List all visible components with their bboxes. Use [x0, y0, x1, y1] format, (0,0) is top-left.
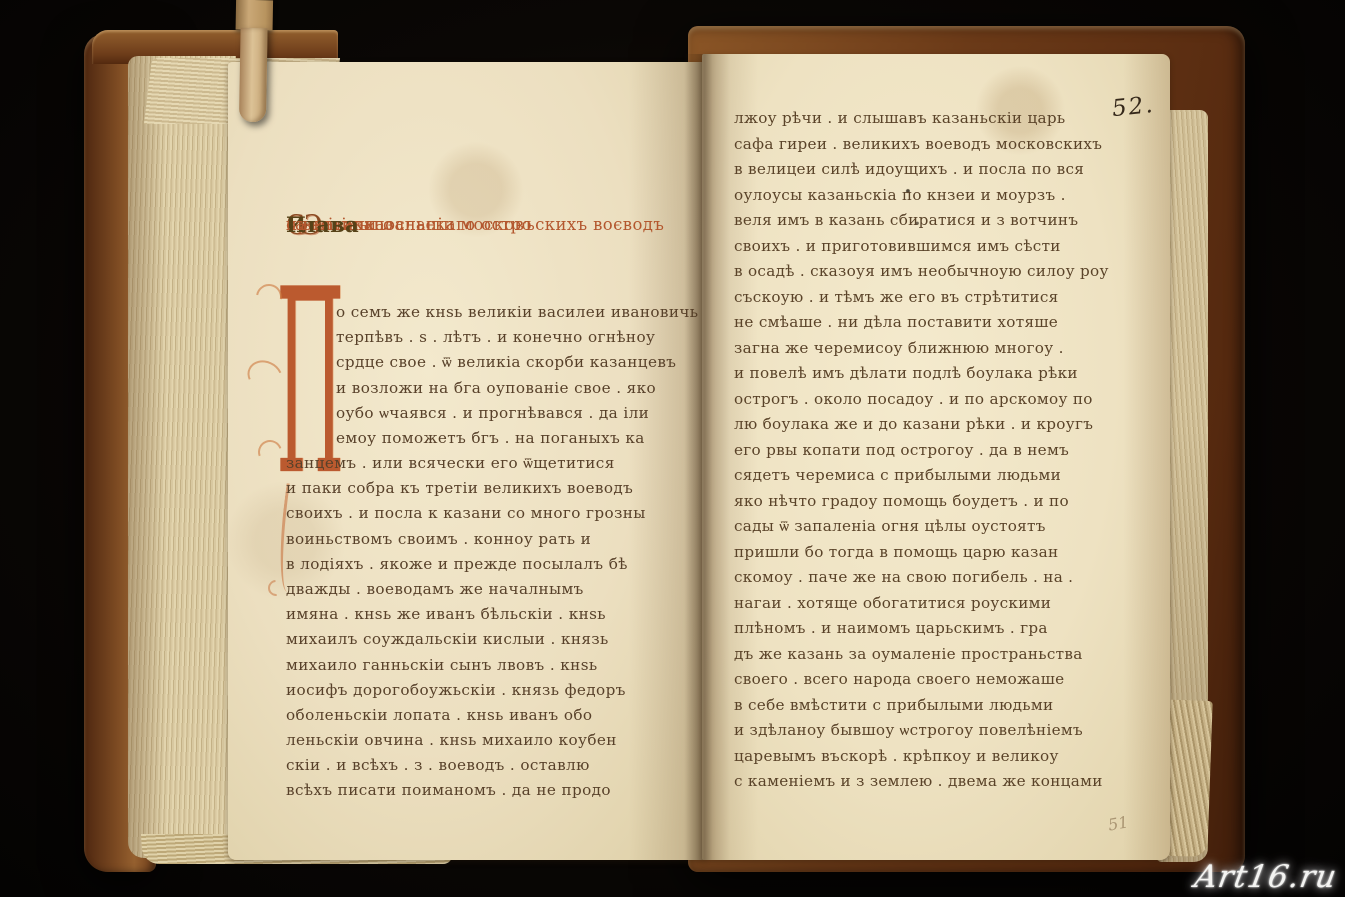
text-line: всѣхъ писати поиманомъ . да не продо	[286, 778, 710, 803]
text-line: оболеньскіи лопата . кнѕь иванъ обо	[286, 703, 710, 728]
text-line: лжоу рѣчи . и слышавъ казаньскіи царь	[734, 106, 1164, 132]
text-line: оулоусы казаньскіа по кнзеи и моурзъ .	[734, 183, 1164, 209]
wooden-page-holder-body	[239, 28, 268, 122]
text-line: не смѣаше . ни дѣла поставити хотяше	[734, 310, 1164, 336]
text-line: воиньствомъ своимъ . конноу рать и	[286, 527, 710, 552]
text-line: имяна . кнѕь же иванъ бѣльскіи . кнѕь	[286, 602, 710, 627]
text-line: яко нѣчто градоу помощь боудетъ . и по	[734, 489, 1164, 515]
text-line: емоу поможетъ бгъ . на поганыхъ ка	[336, 426, 708, 451]
left-page-text: занцемъ . или всячески его ѿщетитисяи па…	[286, 451, 710, 804]
left-page-text-beside-initial: о семъ же кнѕь великіи василеи ивановичь…	[336, 300, 708, 451]
text-line: сафа гиреи . великихъ воеводъ московских…	[734, 132, 1164, 158]
left-page-edges	[128, 56, 236, 858]
text-line: своихъ . и посла к казани со много грозн…	[286, 501, 710, 526]
text-line: веля имъ в казань сбиратися и з вотчинъ	[734, 208, 1164, 234]
text-line: терпѣвъ . ѕ . лѣтъ . и конечно огнѣноу	[336, 325, 708, 350]
text-line: и паки собра къ третіи великихъ воеводъ	[286, 476, 710, 501]
text-line: и здѣланоу бывшоу ѡстрогоу повелѣніемъ	[734, 718, 1164, 744]
right-page-text: лжоу рѣчи . и слышавъ казаньскіи царьсаф…	[734, 106, 1164, 795]
left-page: Ѡ претіемъ посланіи московъскихъ воєводъ…	[228, 62, 705, 860]
text-line: и повелѣ имъ дѣлати подлѣ боулака рѣки	[734, 361, 1164, 387]
text-line: царевымъ въскорѣ . крѣпкоу и великоу	[734, 744, 1164, 770]
text-line: дъ же казань за оумаленіе пространьства	[734, 642, 1164, 668]
text-line: оубо ѡчаявся . и прогнѣвався . да іли	[336, 401, 708, 426]
text-line: сады ѿ запаленіа огня цѣлы оустоятъ	[734, 514, 1164, 540]
text-line: его рвы копати под острогоу . да в немъ	[734, 438, 1164, 464]
text-line: острогъ . около посадоу . и по арскомоу …	[734, 387, 1164, 413]
text-line: сядетъ черемиса с прибылыми людьми	[734, 463, 1164, 489]
wooden-page-holder	[234, 0, 273, 124]
text-line: в себе вмѣстити с прибылыми людьми	[734, 693, 1164, 719]
text-line: с каменіемъ и з землею . двема же концам…	[734, 769, 1164, 795]
right-page: 52. лжоу рѣчи . и слышавъ казаньскіи цар…	[702, 54, 1170, 860]
watermark: Art16.ru	[1192, 859, 1340, 895]
text-line: дважды . воеводамъ же началнымъ	[286, 577, 710, 602]
text-line: нагаи . хотяще обогатитися роускими	[734, 591, 1164, 617]
gutter-shadow	[684, 54, 730, 860]
text-line: своего . всего народа своего неможаше	[734, 667, 1164, 693]
text-line: срдце свое . ѿ великіа скорби казанцевъ	[336, 350, 708, 375]
text-line: в осадѣ . сказоуя имъ необычноую силоу р…	[734, 259, 1164, 285]
text-line: в лодіяхъ . якоже и прежде посылалъ бѣ	[286, 552, 710, 577]
text-line: о семъ же кнѕь великіи василеи ивановичь	[336, 300, 708, 325]
text-line: своихъ . и приготовившимся имъ сѣсти	[734, 234, 1164, 260]
text-line: съскоую . и тѣмъ же его въ стрѣтитися	[734, 285, 1164, 311]
heading-text: . и .	[286, 210, 320, 239]
text-line: пришли бо тогда в помощь царю казан	[734, 540, 1164, 566]
text-line: михаило ганньскіи сынъ лвовъ . кнѕь	[286, 653, 710, 678]
text-line: михаилъ соуждальскіи кислыи . князь	[286, 627, 710, 652]
text-line: лю боулака же и до казани рѣки . и кроуг…	[734, 412, 1164, 438]
text-line: загна же черемисоу ближнюю многоу .	[734, 336, 1164, 362]
faint-folio-mark: 51	[1107, 812, 1130, 834]
text-line: в велицеи силѣ идоущихъ . и посла по вся	[734, 157, 1164, 183]
text-line: иосифъ дорогобоужьскіи . князь федоръ	[286, 678, 710, 703]
text-line: занцемъ . или всячески его ѿщетитися	[286, 451, 710, 476]
text-line: скомоу . паче же на свою погибель . на .	[734, 565, 1164, 591]
manuscript-photo: Ѡ претіемъ посланіи московъскихъ воєводъ…	[0, 0, 1345, 897]
text-line: плѣномъ . и наимомъ царьскимъ . гра	[734, 616, 1164, 642]
text-line: скіи . и всѣхъ . з . воеводъ . оставлю	[286, 753, 710, 778]
text-line: и возложи на бга оупованіе свое . яко	[336, 376, 708, 401]
wooden-page-holder-top	[236, 0, 274, 30]
text-line: леньскіи овчина . кнѕь михаило коубен	[286, 728, 710, 753]
